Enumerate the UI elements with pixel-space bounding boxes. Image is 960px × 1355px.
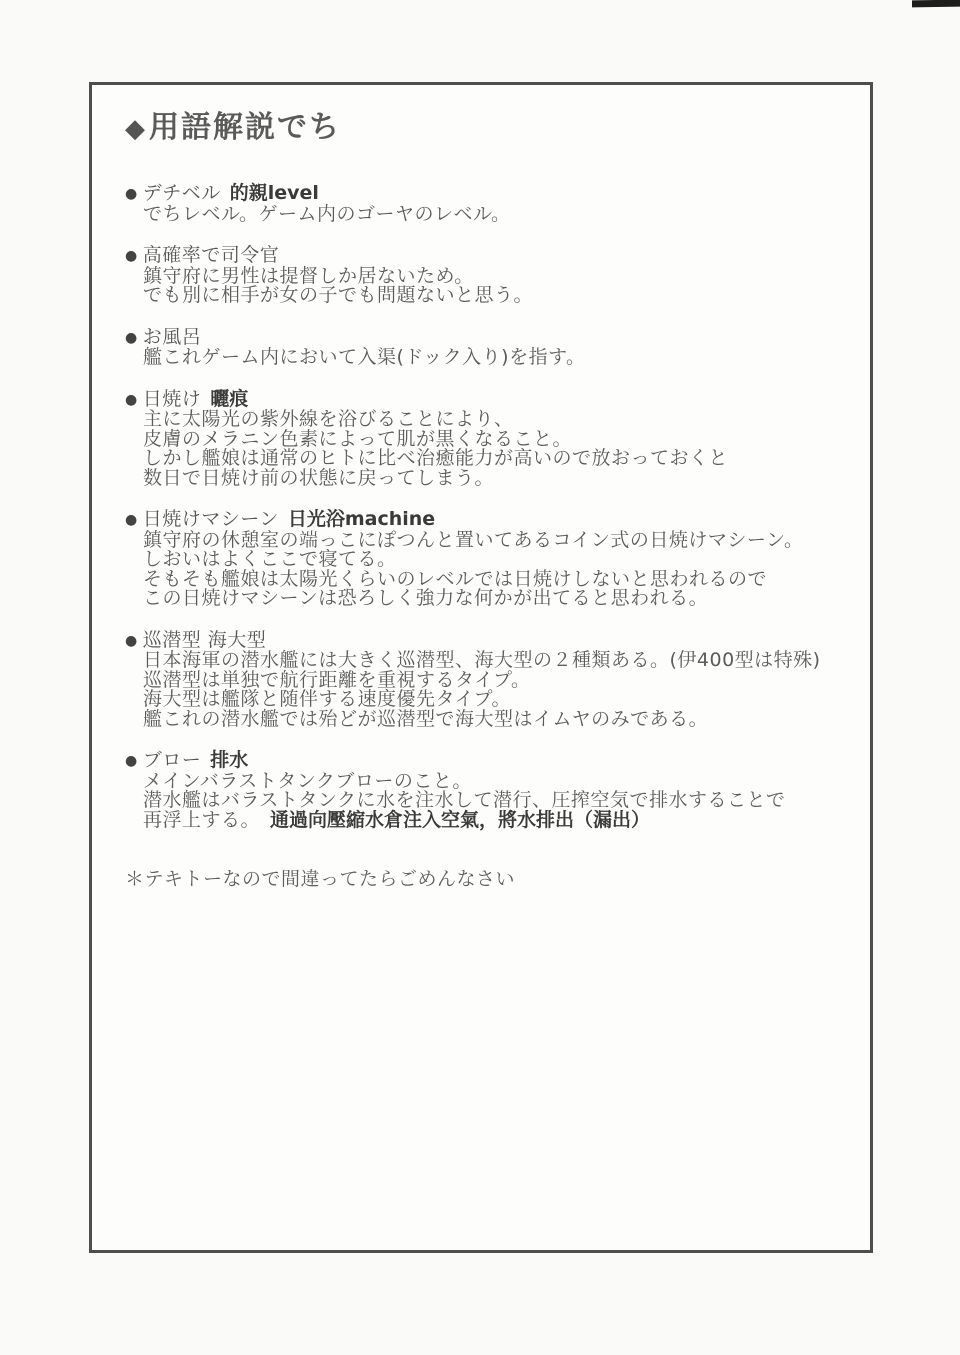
entry-term: 巡潜型 海大型 bbox=[143, 629, 267, 651]
entry-body-line: しかし艦娘は通常のヒトに比べ治癒能力が高いので放おっておくと bbox=[143, 449, 852, 469]
entry-body-line: この日焼けマシーンは恐ろしく強力な何かが出てると思われる。 bbox=[143, 589, 852, 609]
entry-term: 日焼け bbox=[143, 388, 202, 410]
glossary-entry: ●巡潜型 海大型 日本海軍の潜水艦には大きく巡潜型、海大型の２種類ある。(伊40… bbox=[125, 631, 852, 730]
entry-body-line: 主に太陽光の紫外線を浴びることにより、 bbox=[143, 410, 852, 430]
entry-heading: ●ブロー排水 bbox=[125, 751, 852, 772]
bullet-icon: ● bbox=[125, 185, 138, 205]
bullet-icon: ● bbox=[125, 329, 138, 349]
glossary-entry: ●お風呂 艦これゲーム内において入渠(ドック入り)を指す。 bbox=[125, 328, 852, 368]
footnote: ＊テキトーなので間違ってたらごめんなさい bbox=[125, 864, 852, 891]
entry-body: 艦これゲーム内において入渠(ドック入り)を指す。 bbox=[125, 348, 852, 368]
entry-body: 主に太陽光の紫外線を浴びることにより、 皮膚のメラニン色素によって肌が黒くなるこ… bbox=[125, 410, 852, 488]
entry-heading: ●巡潜型 海大型 bbox=[125, 631, 852, 652]
entry-body: 日本海軍の潜水艦には大きく巡潜型、海大型の２種類ある。(伊400型は特殊) 巡潜… bbox=[125, 651, 852, 729]
entry-body: 鎮守府の休憩室の端っこにぽつんと置いてあるコイン式の日焼けマシーン。 しおいはよ… bbox=[125, 531, 852, 609]
scan-edge-artifact bbox=[912, 0, 960, 7]
entry-body-line: しおいはよくここで寝てる。 bbox=[143, 550, 852, 570]
page-title: ◆用語解説でち bbox=[125, 111, 852, 146]
glossary-entry: ●ブロー排水 メインバラストタンクブローのこと。 潜水艦はバラストタンクに水を注… bbox=[125, 751, 852, 830]
entry-body-line: 日本海軍の潜水艦には大きく巡潜型、海大型の２種類ある。(伊400型は特殊) bbox=[143, 651, 852, 671]
glossary-content: ◆用語解説でち ●デチベル的親level でちレベル。ゲーム内のゴーヤのレベル。… bbox=[125, 111, 852, 891]
scanned-document-page: { "page": { "title_diamond": "◆", "title… bbox=[0, 0, 960, 1355]
entry-heading: ●お風呂 bbox=[125, 328, 852, 349]
entry-body: メインバラストタンクブローのこと。 潜水艦はバラストタンクに水を注水して潜行、圧… bbox=[125, 772, 852, 831]
glossary-entry: ●高確率で司令官 鎮守府に男性は提督しか居ないため。 でも別に相手が女の子でも問… bbox=[125, 246, 852, 306]
glossary-entry: ●日焼け曬痕 主に太陽光の紫外線を浴びることにより、 皮膚のメラニン色素によって… bbox=[125, 390, 852, 489]
entry-body-line: 艦これゲーム内において入渠(ドック入り)を指す。 bbox=[143, 348, 852, 368]
entry-body-line: 海大型は艦隊と随伴する速度優先タイプ。 bbox=[143, 690, 852, 710]
entry-body-line: 艦これの潜水艦では殆どが巡潜型で海大型はイムヤのみである。 bbox=[143, 710, 852, 730]
bullet-icon: ● bbox=[125, 391, 138, 411]
entry-body-line: 数日で日焼け前の状態に戻ってしまう。 bbox=[143, 469, 852, 489]
entry-annotation: 排水 bbox=[210, 749, 248, 771]
diamond-icon: ◆ bbox=[125, 114, 147, 144]
entry-body: 鎮守府に男性は提督しか居ないため。 でも別に相手が女の子でも問題ないと思う。 bbox=[125, 267, 852, 306]
page-border-frame: ◆用語解説でち ●デチベル的親level でちレベル。ゲーム内のゴーヤのレベル。… bbox=[89, 82, 873, 1253]
entry-body-line: でちレベル。ゲーム内のゴーヤのレベル。 bbox=[143, 205, 852, 225]
entry-annotation: 的親level bbox=[230, 182, 319, 204]
entry-annotation: 曬痕 bbox=[210, 388, 248, 410]
entry-heading: ●日焼けマシーン日光浴machine bbox=[125, 510, 852, 531]
page-title-text: 用語解説でち bbox=[149, 110, 341, 145]
entry-term: ブロー bbox=[143, 749, 202, 771]
entry-body-line: 再浮上する。通過向壓縮水倉注入空氣，將水排出（漏出） bbox=[143, 811, 852, 831]
bullet-icon: ● bbox=[125, 632, 138, 652]
bullet-icon: ● bbox=[125, 752, 138, 772]
entry-term: デチベル bbox=[143, 182, 221, 204]
entry-term: 日焼けマシーン bbox=[143, 508, 279, 530]
entry-body-line: でも別に相手が女の子でも問題ないと思う。 bbox=[143, 286, 852, 306]
glossary-entry: ●日焼けマシーン日光浴machine 鎮守府の休憩室の端っこにぽつんと置いてある… bbox=[125, 510, 852, 609]
glossary-entry: ●デチベル的親level でちレベル。ゲーム内のゴーヤのレベル。 bbox=[125, 184, 852, 224]
entry-term: 高確率で司令官 bbox=[143, 244, 280, 266]
entry-heading: ●高確率で司令官 bbox=[125, 246, 852, 267]
bullet-icon: ● bbox=[125, 511, 138, 531]
entry-body: でちレベル。ゲーム内のゴーヤのレベル。 bbox=[125, 205, 852, 225]
entry-term: お風呂 bbox=[143, 326, 202, 348]
bullet-icon: ● bbox=[125, 247, 138, 267]
entry-body-line-cn: 通過向壓縮水倉注入空氣，將水排出（漏出） bbox=[270, 809, 650, 831]
entry-heading: ●デチベル的親level bbox=[125, 184, 852, 205]
entry-body-line-jp: 再浮上する。 bbox=[143, 809, 260, 831]
entry-heading: ●日焼け曬痕 bbox=[125, 390, 852, 411]
entry-annotation: 日光浴machine bbox=[288, 508, 435, 530]
